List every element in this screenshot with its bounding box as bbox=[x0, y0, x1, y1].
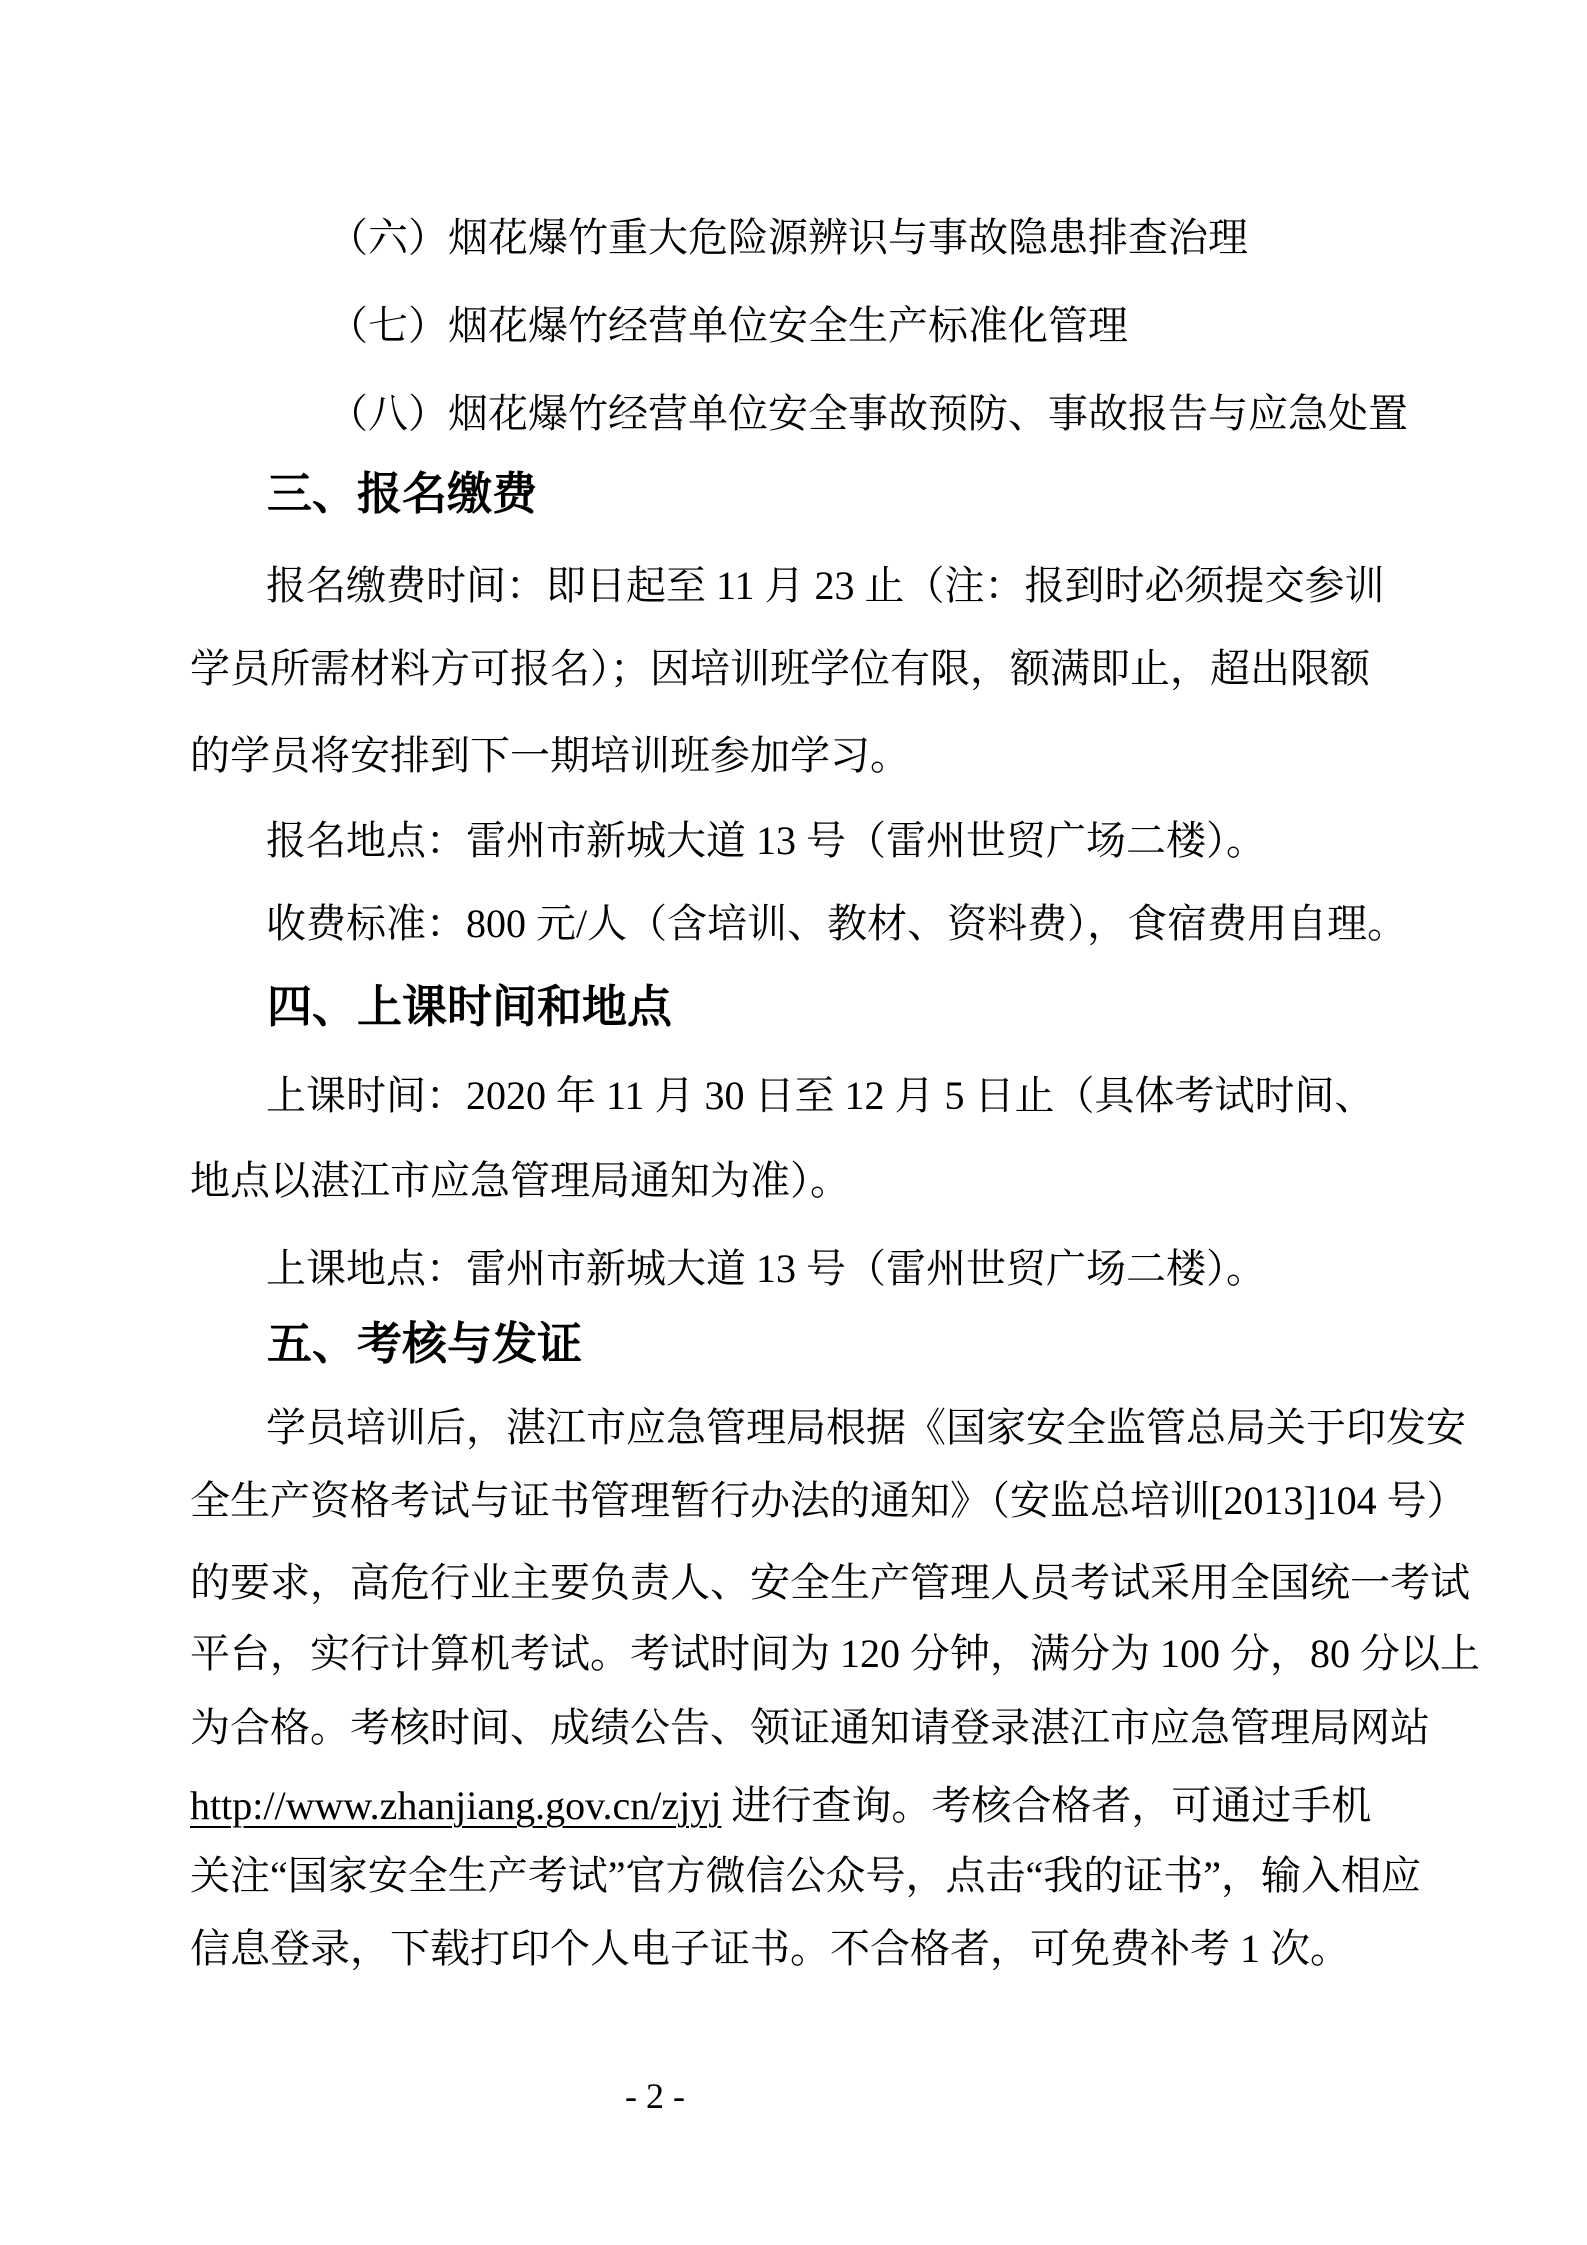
paragraph-line: 上课时间：2020 年 11 月 30 日至 12 月 5 日止（具体考试时间、 bbox=[190, 1068, 1526, 1124]
paragraph-line: 地点以湛江市应急管理局通知为准）。 bbox=[190, 1153, 1450, 1209]
list-item-6: （六）烟花爆竹重大危险源辨识与事故隐患排查治理 bbox=[190, 210, 1587, 266]
paragraph-line: 报名缴费时间：即日起至 11 月 23 止（注：报到时必须提交参训 bbox=[190, 558, 1526, 614]
page-number: - 2 - bbox=[625, 2072, 685, 2120]
document-page: （六）烟花爆竹重大危险源辨识与事故隐患排查治理 （七）烟花爆竹经营单位安全生产标… bbox=[0, 0, 1587, 2245]
section-heading-4: 四、上课时间和地点 bbox=[190, 979, 1527, 1035]
list-item-8: （八）烟花爆竹经营单位安全事故预防、事故报告与应急处置 bbox=[190, 386, 1587, 442]
paragraph-line: 的要求，高危行业主要负责人、安全生产管理人员考试采用全国统一考试 bbox=[190, 1555, 1450, 1611]
section-heading-5: 五、考核与发证 bbox=[190, 1316, 1527, 1372]
paragraph-line: 收费标准：800 元/人（含培训、教材、资料费），食宿费用自理。 bbox=[190, 896, 1526, 952]
link-line-tail: 进行查询。考核合格者，可通过手机 bbox=[721, 1783, 1371, 1828]
paragraph-line: 为合格。考核时间、成绩公告、领证通知请登录湛江市应急管理局网站 bbox=[190, 1700, 1450, 1756]
paragraph-line: 上课地点：雷州市新城大道 13 号（雷州世贸广场二楼）。 bbox=[190, 1241, 1526, 1297]
paragraph-line: 学员所需材料方可报名）；因培训班学位有限，额满即止，超出限额 bbox=[190, 641, 1450, 697]
paragraph-line: 关注“国家安全生产考试”官方微信公众号，点击“我的证书”，输入相应 bbox=[190, 1848, 1450, 1904]
paragraph-line: 全生产资格考试与证书管理暂行办法的通知》（安监总培训[2013]104 号） bbox=[190, 1473, 1450, 1529]
paragraph-line: 报名地点：雷州市新城大道 13 号（雷州世贸广场二楼）。 bbox=[190, 813, 1526, 869]
paragraph-line: 学员培训后，湛江市应急管理局根据《国家安全监管总局关于印发安 bbox=[190, 1400, 1526, 1456]
paragraph-line: 信息登录，下载打印个人电子证书。不合格者，可免费补考 1 次。 bbox=[190, 1921, 1450, 1977]
paragraph-line-with-link: http://www.zhanjiang.gov.cn/zjyj 进行查询。考核… bbox=[190, 1778, 1450, 1834]
hyperlink-url[interactable]: http://www.zhanjiang.gov.cn/zjyj bbox=[190, 1783, 721, 1828]
paragraph-line: 的学员将安排到下一期培训班参加学习。 bbox=[190, 728, 1450, 784]
paragraph-line: 平台，实行计算机考试。考试时间为 120 分钟，满分为 100 分，80 分以上 bbox=[190, 1626, 1450, 1682]
list-item-7: （七）烟花爆竹经营单位安全生产标准化管理 bbox=[190, 298, 1587, 354]
section-heading-3: 三、报名缴费 bbox=[190, 466, 1527, 522]
